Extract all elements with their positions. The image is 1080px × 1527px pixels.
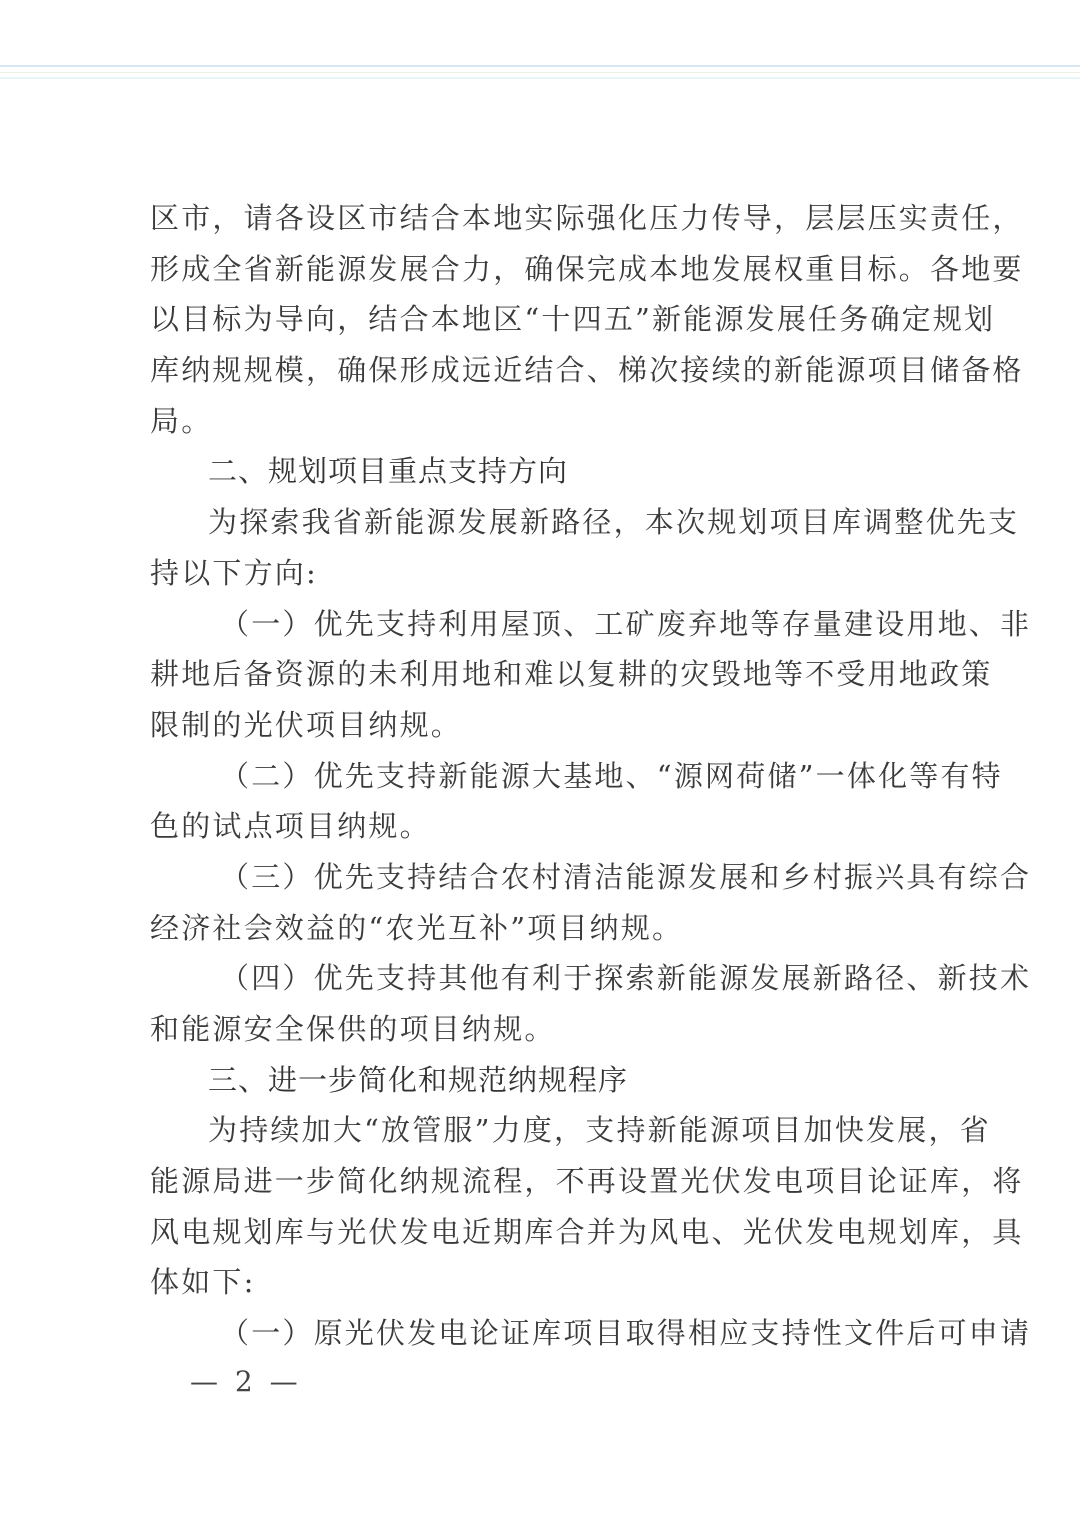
document-body: 区市，请各设区市结合本地实际强化压力传导，层层压实责任， 形成全省新能源发展合力… bbox=[150, 193, 950, 1359]
text-line: 能源局进一步简化纳规流程，不再设置光伏发电项目论证库，将 bbox=[150, 1156, 950, 1207]
paragraph-body: 为持续加大“放管服”力度，支持新能源项目加快发展，省 能源局进一步简化纳规流程，… bbox=[150, 1105, 950, 1308]
header-rule-top bbox=[0, 65, 1080, 67]
text-line: 局。 bbox=[150, 396, 950, 447]
text-line: 和能源安全保供的项目纳规。 bbox=[150, 1004, 950, 1055]
list-item-1: （一）优先支持利用屋顶、工矿废弃地等存量建设用地、非 耕地后备资源的未利用地和难… bbox=[150, 599, 950, 751]
section-heading-3: 三、进一步简化和规范纳规程序 bbox=[150, 1055, 950, 1106]
text-line: 风电规划库与光伏发电近期库合并为风电、光伏发电规划库，具 bbox=[150, 1207, 950, 1258]
text-line: 为探索我省新能源发展新路径，本次规划项目库调整优先支 bbox=[150, 497, 950, 548]
text-line: （四）优先支持其他有利于探索新能源发展新路径、新技术 bbox=[150, 953, 950, 1004]
header-rule-middle bbox=[0, 72, 1080, 73]
text-line: 色的试点项目纳规。 bbox=[150, 801, 950, 852]
text-line: （一）优先支持利用屋顶、工矿废弃地等存量建设用地、非 bbox=[150, 599, 950, 650]
text-line: 耕地后备资源的未利用地和难以复耕的灾毁地等不受用地政策 bbox=[150, 649, 950, 700]
text-line: （三）优先支持结合农村清洁能源发展和乡村振兴具有综合 bbox=[150, 852, 950, 903]
list-item-4: （四）优先支持其他有利于探索新能源发展新路径、新技术 和能源安全保供的项目纳规。 bbox=[150, 953, 950, 1054]
paragraph-continuation: 区市，请各设区市结合本地实际强化压力传导，层层压实责任， 形成全省新能源发展合力… bbox=[150, 193, 950, 446]
text-line: 为持续加大“放管服”力度，支持新能源项目加快发展，省 bbox=[150, 1105, 950, 1156]
paragraph-body: 为探索我省新能源发展新路径，本次规划项目库调整优先支 持以下方向: bbox=[150, 497, 950, 598]
list-item-1-section-3: （一）原光伏发电论证库项目取得相应支持性文件后可申请 bbox=[150, 1308, 950, 1359]
text-line: 区市，请各设区市结合本地实际强化压力传导，层层压实责任， bbox=[150, 193, 950, 244]
text-line: 库纳规规模，确保形成远近结合、梯次接续的新能源项目储备格 bbox=[150, 345, 950, 396]
text-line: （二）优先支持新能源大基地、“源网荷储”一体化等有特 bbox=[150, 751, 950, 802]
page-number: — 2 — bbox=[190, 1365, 302, 1398]
text-line: 以目标为导向，结合本地区“十四五”新能源发展任务确定规划 bbox=[150, 294, 950, 345]
text-line: 持以下方向: bbox=[150, 548, 950, 599]
text-line: 体如下: bbox=[150, 1257, 950, 1308]
header-rule-bottom bbox=[0, 77, 1080, 79]
text-line: （一）原光伏发电论证库项目取得相应支持性文件后可申请 bbox=[150, 1308, 950, 1359]
list-item-2: （二）优先支持新能源大基地、“源网荷储”一体化等有特 色的试点项目纳规。 bbox=[150, 751, 950, 852]
text-line: 形成全省新能源发展合力，确保完成本地发展权重目标。各地要 bbox=[150, 244, 950, 295]
list-item-3: （三）优先支持结合农村清洁能源发展和乡村振兴具有综合 经济社会效益的“农光互补”… bbox=[150, 852, 950, 953]
text-line: 限制的光伏项目纳规。 bbox=[150, 700, 950, 751]
text-line: 经济社会效益的“农光互补”项目纳规。 bbox=[150, 903, 950, 954]
section-heading-2: 二、规划项目重点支持方向 bbox=[150, 446, 950, 497]
